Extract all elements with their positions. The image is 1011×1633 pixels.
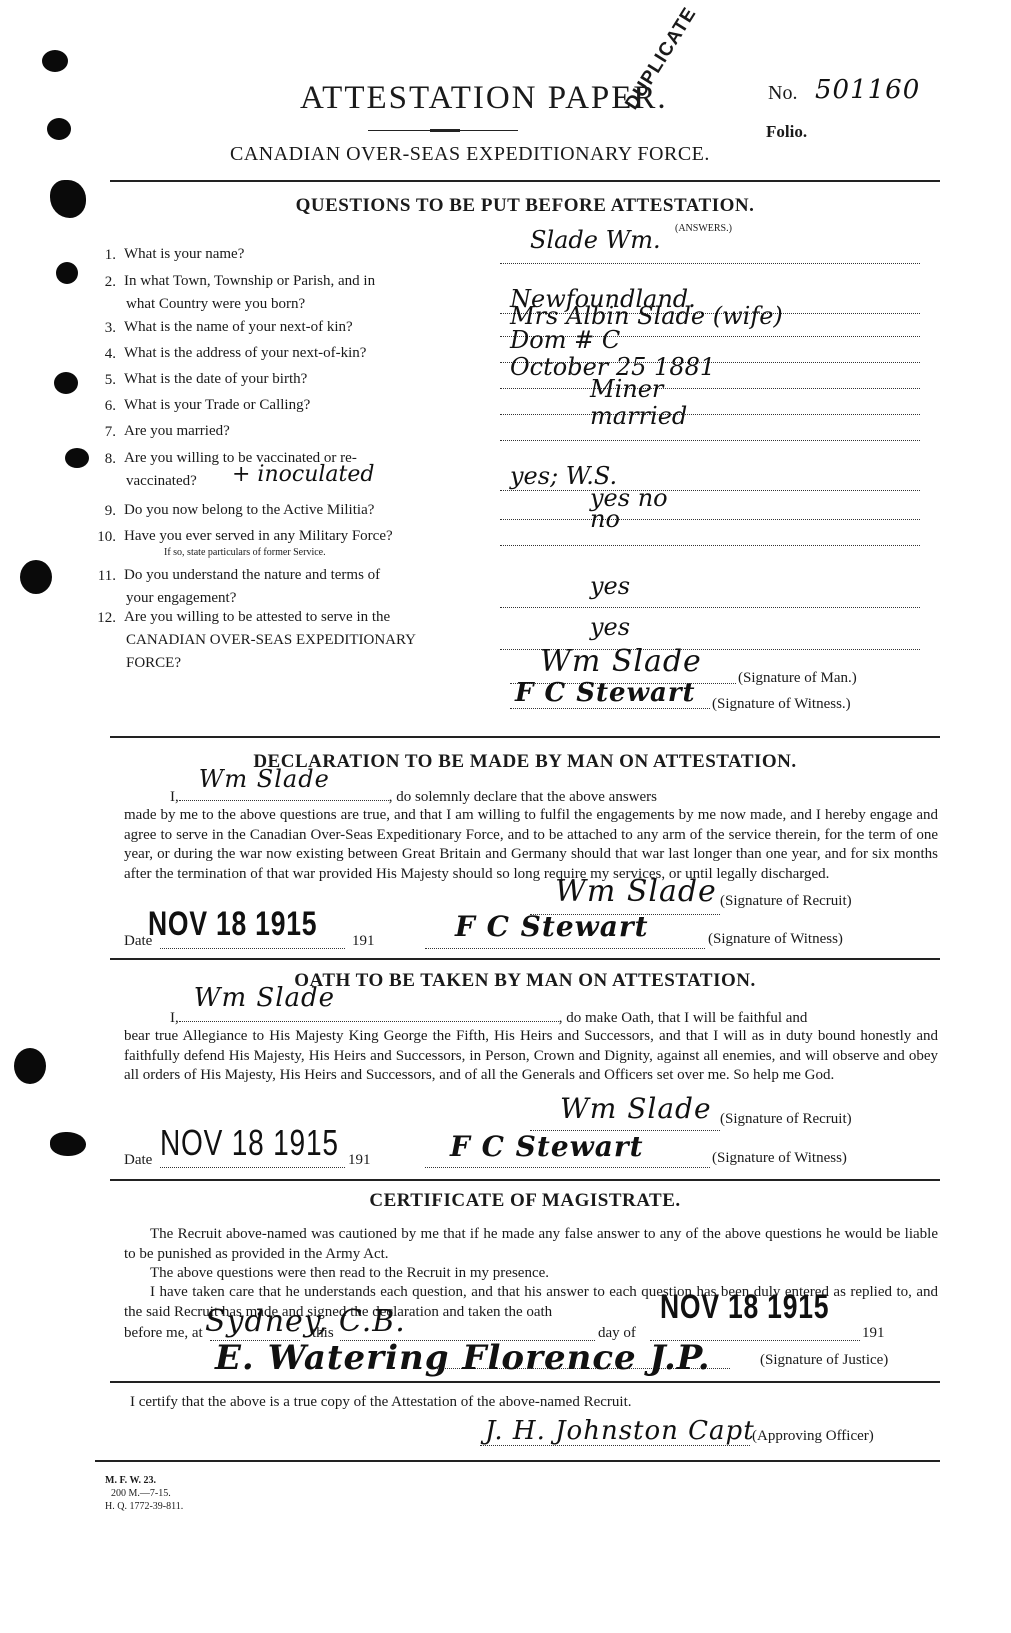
section-divider: [110, 180, 940, 182]
punch-hole-mark: [47, 118, 71, 140]
declaration-signature-recruit: Wm Slade: [555, 874, 717, 909]
answer-line: [500, 414, 920, 415]
form-code: M. F. W. 23.: [105, 1474, 183, 1487]
question-line: Are you married?: [124, 420, 464, 443]
hq-reference: H. Q. 1772-39-811.: [105, 1500, 183, 1513]
declaration-witness-line: [425, 948, 705, 949]
section-divider: [110, 958, 940, 960]
question-line: In what Town, Township or Parish, and in: [124, 270, 464, 293]
answer-line: [500, 440, 920, 441]
answer-handwritten: yes: [590, 572, 630, 600]
answers-label: (ANSWERS.): [675, 223, 732, 234]
folio-label: Folio.: [766, 122, 807, 142]
oath-witness-line: [425, 1167, 710, 1168]
oath-date-line: [160, 1167, 345, 1168]
magistrate-year-prefix: 191: [862, 1325, 885, 1342]
signature-justice: E. Watering Florence J.P.: [215, 1338, 711, 1378]
print-run: 200 M.—7-15.: [105, 1487, 183, 1500]
question-line: What is the date of your birth?: [124, 368, 464, 391]
oath-prefix: I,: [170, 1010, 179, 1026]
punch-hole-mark: [54, 372, 78, 394]
oath-signature-witness-label: (Signature of Witness): [712, 1150, 847, 1167]
oath-name: Wm Slade: [194, 989, 335, 1009]
question-number: 11.: [90, 568, 116, 585]
oath-text-line1: , do make Oath, that I will be faithful …: [559, 1010, 808, 1026]
question-number: 8.: [90, 451, 116, 468]
declaration-text: made by me to the above questions are tr…: [124, 806, 938, 884]
question-line-2: what Country were you born?: [124, 293, 464, 316]
question-line: Do you understand the nature and terms o…: [124, 564, 464, 587]
question-line: What is the address of your next-of-kin?: [124, 342, 464, 365]
question-number: 9.: [90, 503, 116, 520]
magistrate-date-stamp: NOV 18 1915: [660, 1288, 829, 1327]
question-line: Are you willing to be attested to serve …: [124, 606, 464, 629]
question-line: Have you ever served in any Military For…: [124, 525, 464, 548]
declaration-date-line: [160, 948, 345, 949]
answer-line: [500, 519, 920, 520]
inoculated-annotation: + inoculated: [232, 462, 374, 487]
oath-year-prefix: 191: [348, 1152, 371, 1169]
signature-man: Wm Slade: [540, 644, 702, 679]
declaration-text-line1: , do solemnly declare that the above ans…: [389, 789, 657, 805]
answer-handwritten: no: [590, 505, 620, 533]
title-rule: [430, 129, 460, 132]
question-number: 3.: [90, 320, 116, 337]
certification-text: I certify that the above is a true copy …: [130, 1393, 930, 1413]
magistrate-heading: CERTIFICATE OF MAGISTRATE.: [110, 1190, 940, 1212]
declaration-signature-witness-label: (Signature of Witness): [708, 931, 843, 948]
questions-heading: QUESTIONS TO BE PUT BEFORE ATTESTATION.: [110, 195, 940, 217]
question-number: 4.: [90, 346, 116, 363]
question-text: Are you married?: [124, 420, 464, 443]
oath-first-line: I,Wm Slade, do make Oath, that I will be…: [170, 1007, 940, 1029]
question-number: 10.: [90, 529, 116, 546]
question-text: Have you ever served in any Military For…: [124, 525, 464, 558]
section-divider: [110, 736, 940, 738]
answer-line: [500, 263, 920, 264]
magistrate-para1: The Recruit above-named was cautioned by…: [124, 1225, 938, 1264]
question-number: 2.: [90, 274, 116, 291]
question-text: Are you willing to be attested to serve …: [124, 606, 464, 675]
declaration-name: Wm Slade: [199, 770, 330, 790]
answer-handwritten: Dom # C: [510, 326, 620, 354]
question-number: 7.: [90, 424, 116, 441]
oath-signature-recruit-label: (Signature of Recruit): [720, 1111, 852, 1128]
declaration-first-line: I,Wm Slade, do solemnly declare that the…: [170, 786, 940, 808]
punch-hole-mark: [20, 560, 52, 594]
signature-man-label: (Signature of Man.): [738, 670, 857, 687]
number-label: No.: [768, 82, 797, 105]
question-number: 6.: [90, 398, 116, 415]
form-footer: M. F. W. 23. 200 M.—7-15. H. Q. 1772-39-…: [105, 1474, 183, 1513]
oath-date-stamp: NOV 18 1915: [160, 1122, 339, 1164]
declaration-prefix: I,: [170, 789, 179, 805]
oath-date-label: Date: [124, 1152, 152, 1169]
punch-hole-mark: [56, 262, 78, 284]
punch-hole-mark: [50, 1132, 86, 1156]
punch-hole-mark: [42, 50, 68, 72]
question-line: What is the name of your next-of kin?: [124, 316, 464, 339]
declaration-signature-witness: F C Stewart: [455, 910, 649, 943]
document-subtitle: CANADIAN OVER-SEAS EXPEDITIONARY FORCE.: [230, 143, 710, 166]
answer-line: [500, 388, 920, 389]
answer-line: [500, 545, 920, 546]
document-title: ATTESTATION PAPER.: [300, 80, 668, 117]
oath-text: bear true Allegiance to His Majesty King…: [124, 1027, 938, 1086]
section-divider: [110, 1179, 940, 1181]
question-text: In what Town, Township or Parish, and in…: [124, 270, 464, 316]
declaration-year-prefix: 191: [352, 933, 375, 950]
question-text: Do you now belong to the Active Militia?: [124, 499, 464, 522]
declaration-date-stamp: NOV 18 1915: [148, 905, 317, 944]
question-text: Do you understand the nature and terms o…: [124, 564, 464, 610]
punch-hole-mark: [65, 448, 89, 468]
signature-witness: F C Stewart: [515, 678, 696, 708]
magistrate-para2: The above questions were then read to th…: [124, 1264, 938, 1284]
section-divider: [110, 1381, 940, 1383]
question-line: What is your name?: [124, 243, 464, 266]
magistrate-place: Sydney, C.B.: [205, 1304, 406, 1339]
question-number: 5.: [90, 372, 116, 389]
oath-signature-witness: F C Stewart: [450, 1130, 644, 1163]
answer-handwritten: Miner: [590, 375, 663, 403]
question-text: What is the address of your next-of-kin?: [124, 342, 464, 365]
signature-witness-line: [510, 708, 710, 709]
signature-witness-label: (Signature of Witness.): [712, 696, 851, 713]
question-line-2: CANADIAN OVER-SEAS EXPEDITIONARY FORCE?: [124, 629, 464, 675]
attestation-number: 501160: [815, 75, 920, 105]
punch-hole-mark: [14, 1048, 46, 1084]
question-line: What is your Trade or Calling?: [124, 394, 464, 417]
question-line: Do you now belong to the Active Militia?: [124, 499, 464, 522]
question-number: 1.: [90, 247, 116, 264]
question-text: What is your name?: [124, 243, 464, 266]
signature-justice-label: (Signature of Justice): [760, 1352, 888, 1369]
answer-handwritten: Slade Wm.: [530, 226, 661, 254]
question-number: 12.: [90, 610, 116, 627]
answer-line: [500, 607, 920, 608]
answer-handwritten: yes: [590, 613, 630, 641]
question-text: What is the name of your next-of kin?: [124, 316, 464, 339]
question-text: What is the date of your birth?: [124, 368, 464, 391]
approving-officer-label: (Approving Officer): [752, 1428, 874, 1445]
before-me-label: before me, at: [124, 1325, 203, 1342]
question-note: If so, state particulars of former Servi…: [124, 548, 464, 558]
answer-handwritten: married: [590, 402, 687, 430]
signature-approving-officer: J. H. Johnston Capt: [485, 1416, 755, 1446]
declaration-signature-recruit-label: (Signature of Recruit): [720, 893, 852, 910]
question-text: What is your Trade or Calling?: [124, 394, 464, 417]
punch-hole-mark: [50, 180, 86, 218]
oath-signature-recruit: Wm Slade: [560, 1092, 712, 1125]
section-divider: [95, 1460, 940, 1462]
answer-line: [500, 490, 920, 491]
